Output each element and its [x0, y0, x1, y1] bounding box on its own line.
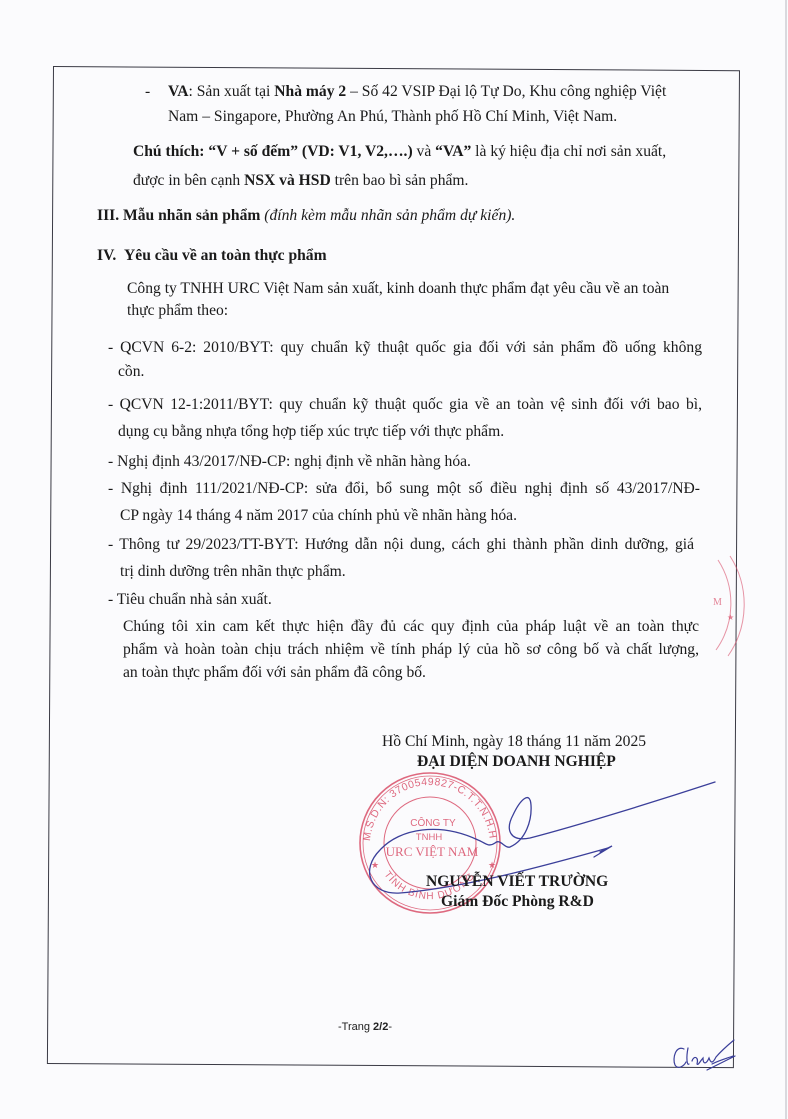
regulation-item: - Nghị định 111/2021/NĐ-CP: sửa đổi, bổ … — [108, 480, 700, 498]
commitment-line: an toàn thực phẩm đối với sản phẩm đã cô… — [123, 664, 426, 682]
va-item-line-1: VA: Sản xuất tại Nhà máy 2 – Số 42 VSIP … — [168, 83, 666, 101]
va-text-1: : Sản xuất tại — [189, 83, 275, 100]
va-label: VA — [168, 83, 189, 100]
note-q2: “VA” — [435, 143, 471, 160]
section-4-title: Yêu cầu về an toàn thực phẩm — [124, 247, 327, 264]
regulation-item: - QCVN 6-2: 2010/BYT: quy chuẩn kỹ thuật… — [108, 339, 702, 357]
commitment-line: Chúng tôi xin cam kết thực hiện đầy đủ c… — [123, 618, 699, 636]
section-3-number: III. — [97, 207, 119, 224]
section-3-note: (đính kèm mẫu nhãn sản phẩm dự kiến). — [264, 207, 515, 224]
va-text-2: – Số 42 VSIP Đại lộ Tự Do, Khu công nghi… — [346, 83, 666, 100]
page-number: -Trang 2/2- — [338, 1021, 392, 1033]
section-4-number: IV. — [97, 247, 116, 264]
page-number-prefix: -Trang — [338, 1021, 373, 1033]
section-3-title: Mẫu nhãn sản phẩm — [123, 207, 260, 224]
regulation-item-cont: dụng cụ bằng nhựa tổng hợp tiếp xúc trực… — [118, 423, 504, 441]
note-line-2b: NSX và HSD — [244, 172, 331, 189]
regulation-item: - Nghị định 43/2017/NĐ-CP: nghị định về … — [108, 453, 471, 471]
note-label: Chú thích: — [133, 143, 205, 160]
section-4-intro-1: Công ty TNHH URC Việt Nam sản xuất, kinh… — [127, 280, 669, 298]
note-line-1: Chú thích: “V + số đếm” (VD: V1, V2,….) … — [133, 143, 666, 161]
regulation-item-cont: trị dinh dưỡng trên nhãn thực phẩm. — [120, 563, 346, 581]
note-mid: và — [413, 143, 436, 160]
page-number-suffix: - — [388, 1021, 392, 1033]
section-4-heading: IV. Yêu cầu về an toàn thực phẩm — [97, 247, 327, 265]
scan-edge — [785, 0, 787, 1119]
section-3-heading: III. Mẫu nhãn sản phẩm (đính kèm mẫu nhã… — [97, 207, 515, 225]
regulation-item: - Thông tư 29/2023/TT-BYT: Hướng dẫn nội… — [108, 536, 694, 554]
va-item-line-2: Nam – Singapore, Phường An Phú, Thành ph… — [168, 108, 617, 126]
section-4-intro-2: thực phẩm theo: — [127, 302, 228, 320]
regulation-item: - Tiêu chuẩn nhà sản xuất. — [108, 591, 272, 609]
note-line-2c: trên bao bì sản phẩm. — [331, 172, 469, 189]
va-bullet: - — [145, 83, 150, 101]
regulation-item-cont: cồn. — [118, 363, 144, 381]
representative-role: ĐẠI DIỆN DOANH NGHIỆP — [417, 753, 616, 771]
signer-name: NGUYỄN VIẾT TRƯỜNG — [426, 873, 608, 891]
note-line-2a: được in bên cạnh — [133, 172, 244, 189]
regulation-item: - QCVN 12-1:2011/BYT: quy chuẩn kỹ thuật… — [108, 396, 702, 414]
place-date: Hồ Chí Minh, ngày 18 tháng 11 năm 2025 — [382, 733, 646, 751]
factory-name: Nhà máy 2 — [274, 83, 346, 100]
note-q1: “V + số đếm” (VD: V1, V2,….) — [205, 143, 413, 160]
note-line-2: được in bên cạnh NSX và HSD trên bao bì … — [133, 172, 468, 190]
page-number-value: 2/2 — [373, 1021, 388, 1033]
commitment-line: phẩm và hoàn toàn chịu trách nhiệm về tí… — [123, 641, 699, 659]
regulation-item-cont: CP ngày 14 tháng 4 năm 2017 của chính ph… — [120, 507, 517, 525]
signer-title: Giám Đốc Phòng R&D — [441, 893, 594, 911]
note-rest: là ký hiệu địa chỉ nơi sản xuất, — [471, 143, 666, 160]
